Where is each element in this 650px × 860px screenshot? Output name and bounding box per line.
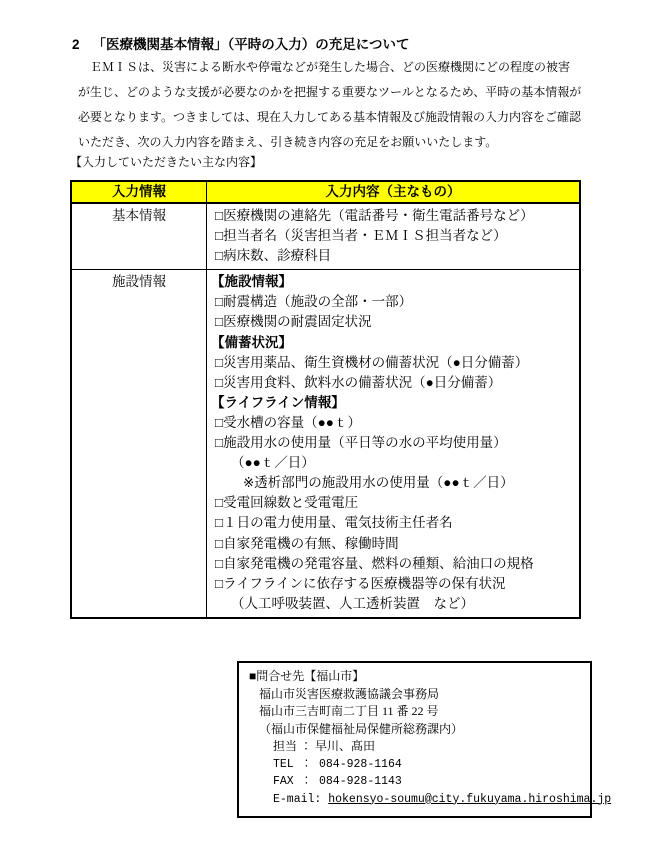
document-page: { "heading": { "number": "2", "title": "… [0,0,650,860]
paragraph-line: 必要となります。つきましては、現在入力してある基本情報及び施設情報の入力内容をご… [78,105,598,130]
content-checklist-item: □災害用食料、飲料水の備蓄状況（●日分備蓄） [207,373,577,393]
row-label-cell: 基本情報 [72,204,207,269]
input-items-table: 入力情報 入力内容（主なもの） 基本情報□医療機関の連絡先（電話番号・衛生電話番… [70,180,581,619]
paragraph-line: が生じ、どのような支援が必要なのかを把握する重要なツールとなるため、平時の基本情… [78,80,598,105]
table-row: 施設情報【施設情報】□耐震構造（施設の全部・一部）□医療機関の耐震固定状況【備蓄… [72,269,579,617]
row-content-cell: □医療機関の連絡先（電話番号・衛生電話番号など）□担当者名（災害担当者・ＥＭＩＳ… [207,204,579,269]
paragraph-line: いただき、次の入力内容を踏まえ、引き続き内容の充足をお願いいたします。 [78,130,598,155]
content-section-header: 【備蓄状況】 [207,333,577,353]
table-header-row: 入力情報 入力内容（主なもの） [72,182,579,204]
content-checklist-item: （人工呼吸装置、人工透析装置 など） [207,594,577,614]
content-checklist-item: □災害用薬品、衛生資機材の備蓄状況（●日分備蓄） [207,353,577,373]
row-content-cell: 【施設情報】□耐震構造（施設の全部・一部）□医療機関の耐震固定状況【備蓄状況】□… [207,270,579,617]
contact-line: 福山市災害医療救護協議会事務局 [245,686,584,704]
contact-lines: 福山市災害医療救護協議会事務局福山市三吉町南二丁目 11 番 22 号（福山市保… [245,686,584,809]
content-section-header: 【施設情報】 [207,272,577,292]
content-checklist-item: □施設用水の使用量（平日等の水の平均使用量） [207,433,577,453]
contact-box: ■問合せ先【福山市】 福山市災害医療救護協議会事務局福山市三吉町南二丁目 11 … [237,661,592,818]
body-paragraph: ＥＭＩＳは、災害による断水や停電などが発生した場合、どの医療機関にどの程度の被害… [78,55,598,155]
content-checklist-item: □自家発電機の有無、稼働時間 [207,534,577,554]
content-checklist-item: □担当者名（災害担当者・ＥＭＩＳ担当者など） [207,226,577,246]
table-body: 基本情報□医療機関の連絡先（電話番号・衛生電話番号など）□担当者名（災害担当者・… [72,204,579,617]
contact-line: FAX ： 084-928-1143 [245,773,584,791]
contact-line: 担当 ： 早川、髙田 [245,738,584,756]
row-label-cell: 施設情報 [72,270,207,617]
section-heading: 2「医療機関基本情報」（平時の入力）の充足について [72,33,410,53]
section-number: 2 [72,37,80,52]
content-checklist-item: □医療機関の耐震固定状況 [207,312,577,332]
content-checklist-item: □自家発電機の発電容量、燃料の種類、給油口の規格 [207,554,577,574]
content-checklist-item: □ライフラインに依存する医療機器等の保有状況 [207,574,577,594]
content-checklist-item: （●●ｔ／日） [207,453,577,473]
content-checklist-item: ※透析部門の施設用水の使用量（●●ｔ／日） [207,473,577,493]
contact-line: 福山市三吉町南二丁目 11 番 22 号 [245,703,584,721]
section-title: 「医療機関基本情報」（平時の入力）の充足について [93,33,410,53]
header-cell-input-content: 入力内容（主なもの） [207,182,579,202]
content-section-header: 【ライフライン情報】 [207,393,577,413]
table-caption: 【入力していただきたい主な内容】 [70,153,262,170]
content-checklist-item: □受水槽の容量（●●ｔ） [207,413,577,433]
content-checklist-item: □病床数、診療科目 [207,246,577,266]
contact-title: ■問合せ先【福山市】 [245,668,584,686]
paragraph-line: ＥＭＩＳは、災害による断水や停電などが発生した場合、どの医療機関にどの程度の被害 [78,55,598,80]
content-checklist-item: □耐震構造（施設の全部・一部） [207,292,577,312]
email-address[interactable]: hokensyo-soumu@city.fukuyama.hiroshima.j… [328,793,611,806]
contact-line: （福山市保健福祉局保健所総務課内） [245,721,584,739]
content-checklist-item: □受電回線数と受電電圧 [207,493,577,513]
contact-line: TEL ： 084-928-1164 [245,756,584,774]
content-checklist-item: □１日の電力使用量、電気技術主任者名 [207,513,577,533]
header-cell-input-info: 入力情報 [72,182,207,202]
table-row: 基本情報□医療機関の連絡先（電話番号・衛生電話番号など）□担当者名（災害担当者・… [72,204,579,269]
content-checklist-item: □医療機関の連絡先（電話番号・衛生電話番号など） [207,206,577,226]
contact-line: E-mail: hokensyo-soumu@city.fukuyama.hir… [245,791,584,809]
